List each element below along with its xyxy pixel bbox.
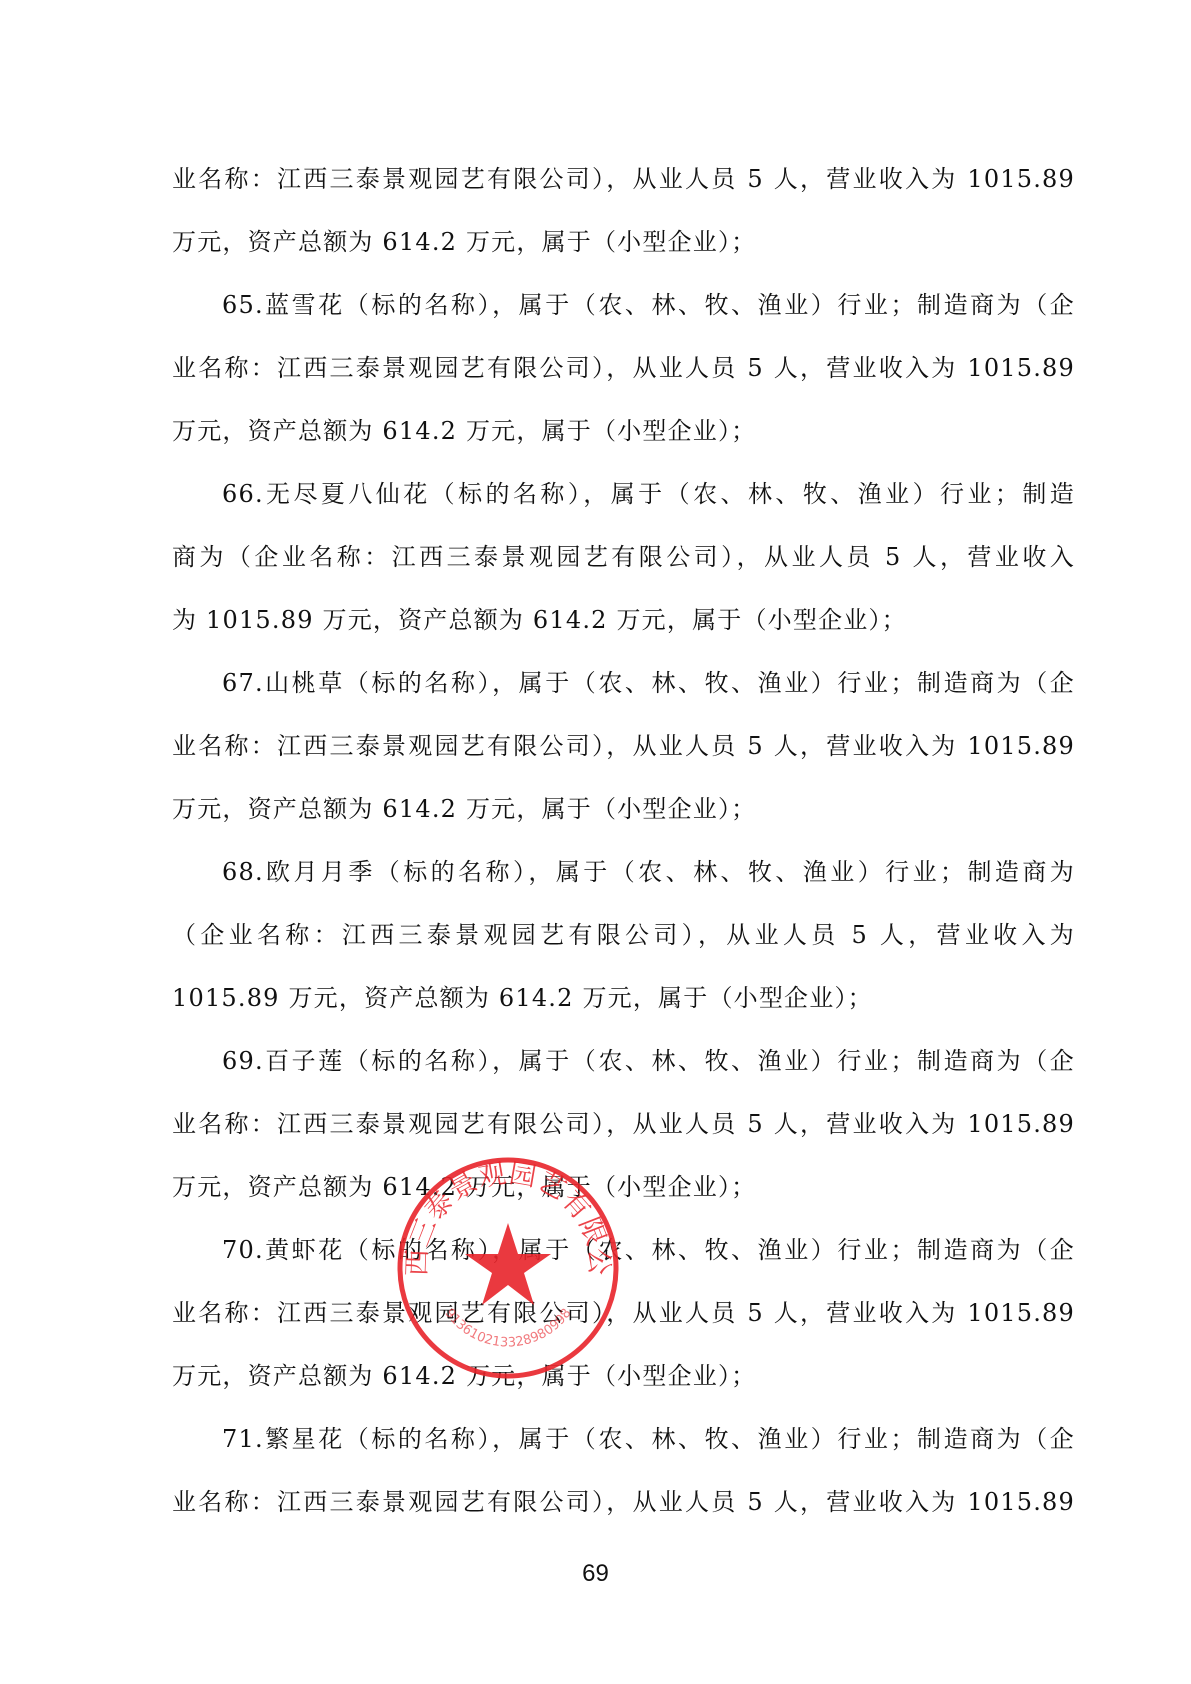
text-line: 商为（企业名称：江西三泰景观园艺有限公司），从业人员 5 人，营业收入 xyxy=(172,526,1075,589)
item-70: 70.黄虾花（标的名称），属于（农、林、牧、渔业）行业；制造商为（企 xyxy=(172,1219,1075,1282)
text-line: 业名称：江西三泰景观园艺有限公司），从业人员 5 人，营业收入为 1015.89 xyxy=(172,148,1075,211)
text-line: 业名称：江西三泰景观园艺有限公司），从业人员 5 人，营业收入为 1015.89 xyxy=(172,1282,1075,1345)
item-67: 67.山桃草（标的名称），属于（农、林、牧、渔业）行业；制造商为（企 xyxy=(172,652,1075,715)
text-line: 万元，资产总额为 614.2 万元，属于（小型企业）； xyxy=(172,1156,1075,1219)
text-line: 业名称：江西三泰景观园艺有限公司），从业人员 5 人，营业收入为 1015.89 xyxy=(172,1093,1075,1156)
text-line: （企业名称：江西三泰景观园艺有限公司），从业人员 5 人，营业收入为 xyxy=(172,904,1075,967)
text-line: 万元，资产总额为 614.2 万元，属于（小型企业）； xyxy=(172,1345,1075,1408)
document-body: 业名称：江西三泰景观园艺有限公司），从业人员 5 人，营业收入为 1015.89… xyxy=(172,148,1075,1534)
item-65: 65.蓝雪花（标的名称），属于（农、林、牧、渔业）行业；制造商为（企 xyxy=(172,274,1075,337)
text-line: 1015.89 万元，资产总额为 614.2 万元，属于（小型企业）； xyxy=(172,967,1075,1030)
page-number: 69 xyxy=(0,1560,1191,1588)
text-line: 万元，资产总额为 614.2 万元，属于（小型企业）； xyxy=(172,778,1075,841)
item-69: 69.百子莲（标的名称），属于（农、林、牧、渔业）行业；制造商为（企 xyxy=(172,1030,1075,1093)
text-line: 业名称：江西三泰景观园艺有限公司），从业人员 5 人，营业收入为 1015.89 xyxy=(172,1471,1075,1534)
item-71: 71.繁星花（标的名称），属于（农、林、牧、渔业）行业；制造商为（企 xyxy=(172,1408,1075,1471)
text-line: 为 1015.89 万元，资产总额为 614.2 万元，属于（小型企业）； xyxy=(172,589,1075,652)
item-68: 68.欧月月季（标的名称），属于（农、林、牧、渔业）行业；制造商为 xyxy=(172,841,1075,904)
text-line: 万元，资产总额为 614.2 万元，属于（小型企业）； xyxy=(172,400,1075,463)
text-line: 业名称：江西三泰景观园艺有限公司），从业人员 5 人，营业收入为 1015.89 xyxy=(172,337,1075,400)
text-line: 业名称：江西三泰景观园艺有限公司），从业人员 5 人，营业收入为 1015.89 xyxy=(172,715,1075,778)
item-66: 66.无尽夏八仙花（标的名称），属于（农、林、牧、渔业）行业；制造 xyxy=(172,463,1075,526)
text-line: 万元，资产总额为 614.2 万元，属于（小型企业）； xyxy=(172,211,1075,274)
